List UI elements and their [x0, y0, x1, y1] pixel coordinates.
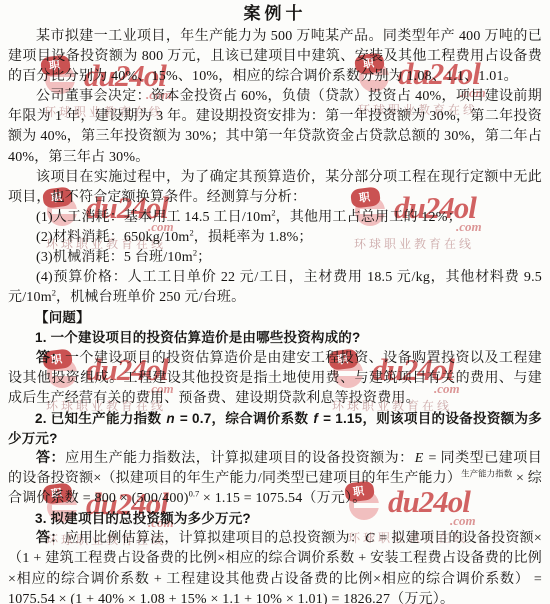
answer-text: 一个建设项目的投资估算造价是由建安工程投资、设备购置投资以及工程建设其他投资组成… — [8, 351, 542, 406]
answer-label: 答： — [36, 531, 65, 546]
superscript-capacity-index: 生产能力指数 — [461, 468, 512, 478]
answer-text: × 1.15 = 1075.54（万元）。 — [199, 491, 366, 506]
answer-label: 答： — [36, 351, 65, 366]
answer-3: 答：应用比例估算法，计算拟建项目的总投资额为：C = 拟建项目的设备投资额×（1… — [8, 529, 542, 604]
question-2: 2. 已知生产能力指数 n = 0.7，综合调价系数 f = 1.15，则该项目… — [8, 409, 542, 449]
list-item-text: (3)机械消耗：5 台班/10m — [36, 250, 193, 265]
answer-1: 答：一个建设项目的投资估算造价是由建安工程投资、设备购置投资以及工程建设其他投资… — [8, 349, 542, 409]
question-text: 2. 已知生产能力指数 — [35, 411, 165, 426]
list-item-text: ，其他用工占总用工的 12%； — [276, 210, 462, 225]
list-item-budget-price: (4)预算价格：人工工日单价 22 元/工日，主材费用 18.5 元/kg，其他… — [8, 268, 542, 308]
answer-label: 答： — [36, 451, 65, 466]
paragraph-board-decision: 公司董事会决定：资本金投资占 60%，负债（贷款）投资占 40%，项目建设前期年… — [8, 87, 542, 167]
list-item-machinery: (3)机械消耗：5 台班/10m2； — [8, 248, 542, 268]
problems-header: 【问题】 — [8, 308, 542, 328]
scanned-document-page: 职 du24ol .com 环球职业教育在线 职 du24ol .com 环球职… — [0, 0, 550, 604]
list-item-text: (1)人工消耗：基本用工 14.5 工日/10m — [36, 210, 271, 225]
list-item-material: (2)材料消耗：650kg/10m2，损耗率为 1.8%； — [8, 228, 542, 248]
answer-text: 应用比例估算法，计算拟建项目的总投资额为： — [65, 531, 365, 546]
superscript-exponent: 0.7 — [189, 489, 200, 499]
list-item-labor: (1)人工消耗：基本用工 14.5 工日/10m2，其他用工占总用工的 12%； — [8, 208, 542, 228]
document-content: 案例十 某市拟建一工业项目，年生产能力为 500 万吨某产品。同类型年产 400… — [0, 0, 550, 604]
list-item-text: ； — [197, 250, 211, 265]
list-item-text: ，机械台班单价 250 元/台班。 — [56, 290, 245, 305]
question-1: 1. 一个建设项目的投资估算造价是由哪些投资构成的? — [8, 328, 542, 348]
math-var-C: C — [364, 531, 376, 546]
paragraph-budget-context: 该项目在实施过程中，为了确定其预算造价，某分部分项工程在现行定额中无此项目，也不… — [8, 168, 542, 208]
list-item-text: ，损耗率为 1.8%； — [194, 230, 313, 245]
math-var-E: E — [414, 451, 425, 466]
answer-2: 答：应用生产能力指数法，计算拟建项目的设备投资额为：E = 同类型已建项目的设备… — [8, 449, 542, 509]
math-var-n: n — [165, 411, 175, 426]
paragraph-project-intro: 某市拟建一工业项目，年生产能力为 500 万吨某产品。同类型年产 400 万吨的… — [8, 27, 542, 87]
question-3: 3. 拟建项目的总投资额为多少万元? — [8, 509, 542, 529]
question-text: = 0.7，综合调价系数 — [176, 411, 313, 426]
answer-text: 应用生产能力指数法，计算拟建项目的设备投资额为： — [65, 451, 414, 466]
case-title: 案例十 — [8, 3, 542, 25]
list-item-text: (2)材料消耗：650kg/10m — [36, 230, 190, 245]
